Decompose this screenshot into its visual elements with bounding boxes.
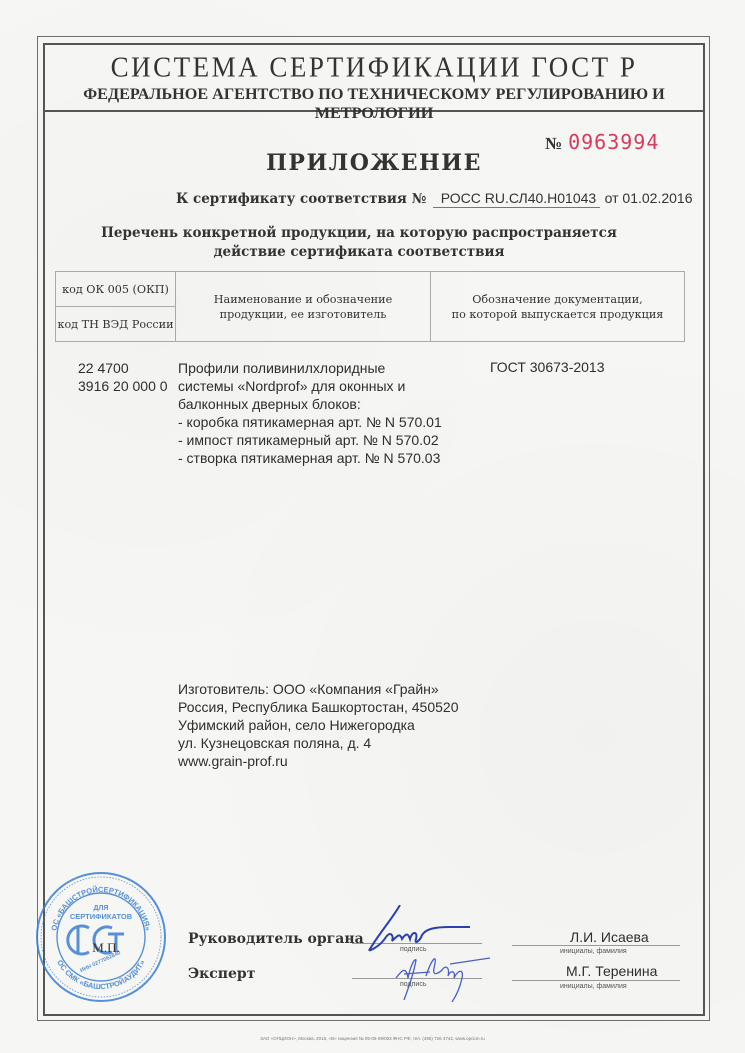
product-line: - створка пятикамерная арт. № N 570.03 — [178, 449, 442, 467]
expert-name: М.Г. Теренина — [566, 963, 657, 979]
expert-signature-icon — [390, 948, 500, 1003]
certificate-date: от 01.02.2016 — [605, 190, 693, 206]
manufacturer-line: ул. Кузнецовская поляна, д. 4 — [178, 734, 459, 752]
product-description: Профили поливинилхлоридные системы «Nord… — [178, 359, 442, 467]
appendix-title: ПРИЛОЖЕНИЕ — [43, 150, 705, 176]
svg-text:М.П.: М.П. — [92, 940, 119, 955]
expert-label: Эксперт — [188, 966, 255, 982]
certificate-label: К сертификату соответствия № — [176, 191, 426, 207]
documentation-standard: ГОСТ 30673-2013 — [490, 359, 605, 375]
expert-name-caption: инициалы, фамилия — [560, 983, 627, 990]
certificate-number: РОСС RU.СЛ40.Н01043 — [433, 190, 600, 208]
product-list-title: Перечень конкретной продукции, на котору… — [43, 224, 705, 262]
certification-stamp-icon: ОС «БАШСТРОЙСЕРТИФИКАЦИЯ» ОС СМК «БАШСТР… — [34, 870, 168, 1004]
manufacturer-line: Изготовитель: ООО «Компания «Грайн» — [178, 680, 459, 698]
manufacturer-info: Изготовитель: ООО «Компания «Грайн» Росс… — [178, 680, 459, 770]
head-of-body-label: Руководитель органа — [188, 931, 364, 947]
header-line: Обозначение документации, — [452, 292, 664, 307]
header-line: Наименование и обозначение — [214, 292, 392, 307]
header-line: по которой выпускается продукция — [452, 307, 664, 322]
manufacturer-line: Россия, Республика Башкортостан, 450520 — [178, 698, 459, 716]
product-line: - импост пятикамерный арт. № N 570.02 — [178, 431, 442, 449]
product-line: системы «Nordprof» для оконных и — [178, 377, 442, 395]
product-table-header: код ОК 005 (ОКП) код ТН ВЭД России Наиме… — [55, 271, 685, 342]
product-line: Профили поливинилхлоридные — [178, 359, 442, 377]
list-title-line: Перечень конкретной продукции, на котору… — [43, 224, 675, 243]
head-name-line — [512, 945, 680, 946]
header-code-okp: код ОК 005 (ОКП) — [56, 272, 176, 307]
header-line: продукции, ее изготовитель — [214, 307, 392, 322]
code-tnved: 3916 20 000 0 — [78, 377, 168, 395]
svg-text:ДЛЯ: ДЛЯ — [94, 905, 109, 912]
product-codes: 22 4700 3916 20 000 0 — [78, 359, 168, 395]
header-documentation: Обозначение документации, по которой вып… — [431, 272, 684, 341]
head-name: Л.И. Исаева — [570, 929, 649, 945]
header-product-name: Наименование и обозначение продукции, ее… — [176, 272, 431, 341]
manufacturer-website: www.grain-prof.ru — [178, 752, 459, 770]
product-line: балконных дверных блоков: — [178, 395, 442, 413]
agency-title: ФЕДЕРАЛЬНОЕ АГЕНТСТВО ПО ТЕХНИЧЕСКОМУ РЕ… — [43, 85, 705, 123]
head-name-caption: инициалы, фамилия — [560, 948, 627, 955]
system-title: СИСТЕМА СЕРТИФИКАЦИИ ГОСТ Р — [43, 51, 705, 84]
certificate-reference: К сертификату соответствия № РОСС RU.СЛ4… — [176, 190, 693, 208]
header-code-tnved: код ТН ВЭД России — [56, 307, 176, 342]
expert-name-line — [512, 980, 680, 981]
printer-footer: ЗАО «ОПЦИОН», Москва, 2015, «В» лицензия… — [0, 1036, 745, 1041]
code-okp: 22 4700 — [78, 359, 168, 377]
list-title-line: действие сертификата соответствия — [43, 243, 675, 262]
product-line: - коробка пятикамерная арт. № N 570.01 — [178, 413, 442, 431]
manufacturer-line: Уфимский район, село Нижегородка — [178, 716, 459, 734]
svg-text:СЕРТИФИКАТОВ: СЕРТИФИКАТОВ — [70, 912, 133, 921]
